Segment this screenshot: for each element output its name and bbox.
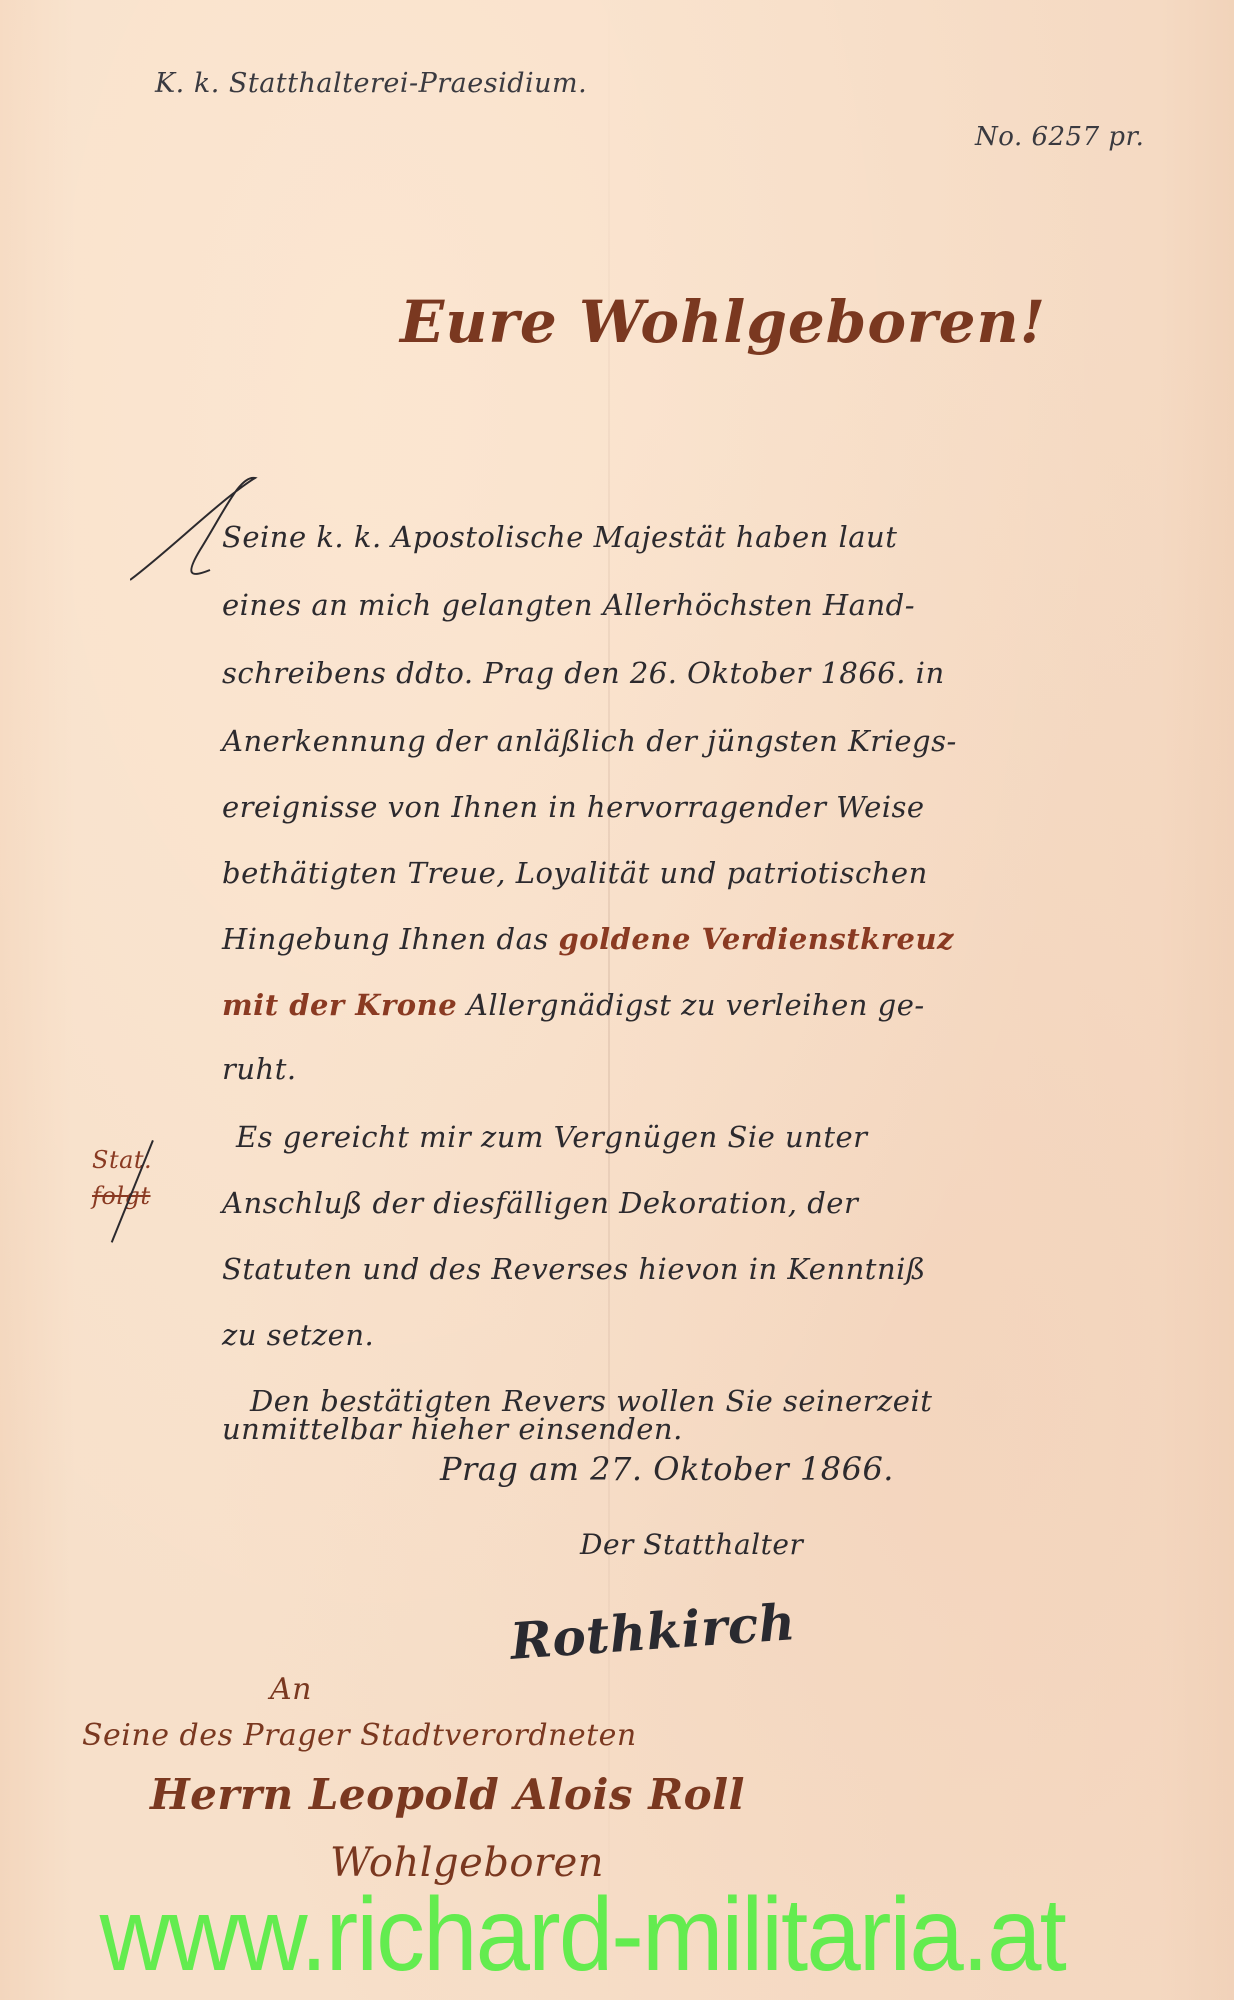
margin-note: Stat. folgt	[92, 1142, 152, 1214]
para2-line-1: Es gereicht mir zum Vergnügen Sie unter	[236, 1120, 868, 1154]
body-line-4: Anerkennung der anläßlich der jüngsten K…	[222, 724, 957, 758]
body-line-7-text: Hingebung Ihnen das	[222, 922, 549, 956]
addressee-name: Herrn Leopold Alois Roll	[150, 1770, 745, 1819]
date-place: Prag am 27. Oktober 1866.	[440, 1450, 894, 1488]
body-line-5: ereignisse von Ihnen in hervorragender W…	[222, 790, 925, 824]
addressee-an: An	[270, 1672, 312, 1707]
body-line-3: schreibens ddto. Prag den 26. Oktober 18…	[222, 656, 945, 690]
body-line-1: Seine k. k. Apostolische Majestät haben …	[222, 520, 897, 554]
para3-line-2-text: unmittelbar hieher einsenden.	[222, 1412, 683, 1446]
body-line-9: ruht.	[222, 1052, 297, 1086]
para2-line-2: Anschluß der diesfälligen Dekoration, de…	[222, 1186, 858, 1220]
award-name-part2: mit der Krone	[222, 988, 457, 1022]
para2-line-3: Statuten und des Reverses hievon in Kenn…	[222, 1252, 926, 1286]
signature: Rothkirch	[508, 1592, 797, 1671]
signer-title: Der Statthalter	[580, 1528, 803, 1561]
addressee-line-1: Seine des Prager Stadtverordneten	[82, 1718, 637, 1753]
body-line-7: Hingebung Ihnen das goldene Verdienstkre…	[222, 922, 954, 956]
body-line-2: eines an mich gelangten Allerhöchsten Ha…	[222, 588, 915, 622]
para2-line-4: zu setzen.	[222, 1318, 374, 1352]
office-heading: K. k. Statthalterei-Praesidium.	[155, 68, 587, 99]
watermark-text: www.richard-militaria.at	[30, 1880, 1135, 1990]
award-name-part1: goldene Verdienstkreuz	[559, 922, 955, 956]
salutation: Eure Wohlgeboren!	[400, 288, 1046, 356]
para3-line-2: unmittelbar hieher einsenden.	[222, 1412, 683, 1446]
body-line-8-text: Allergnädigst zu verleihen ge-	[467, 988, 925, 1022]
margin-note-line-2: folgt	[92, 1178, 152, 1214]
body-line-8: mit der Krone Allergnädigst zu verleihen…	[222, 988, 925, 1022]
document-number: No. 6257 pr.	[975, 122, 1144, 152]
body-line-6: bethätigten Treue, Loyalität und patriot…	[222, 856, 928, 890]
document-page: K. k. Statthalterei-Praesidium. No. 6257…	[0, 0, 1234, 2000]
